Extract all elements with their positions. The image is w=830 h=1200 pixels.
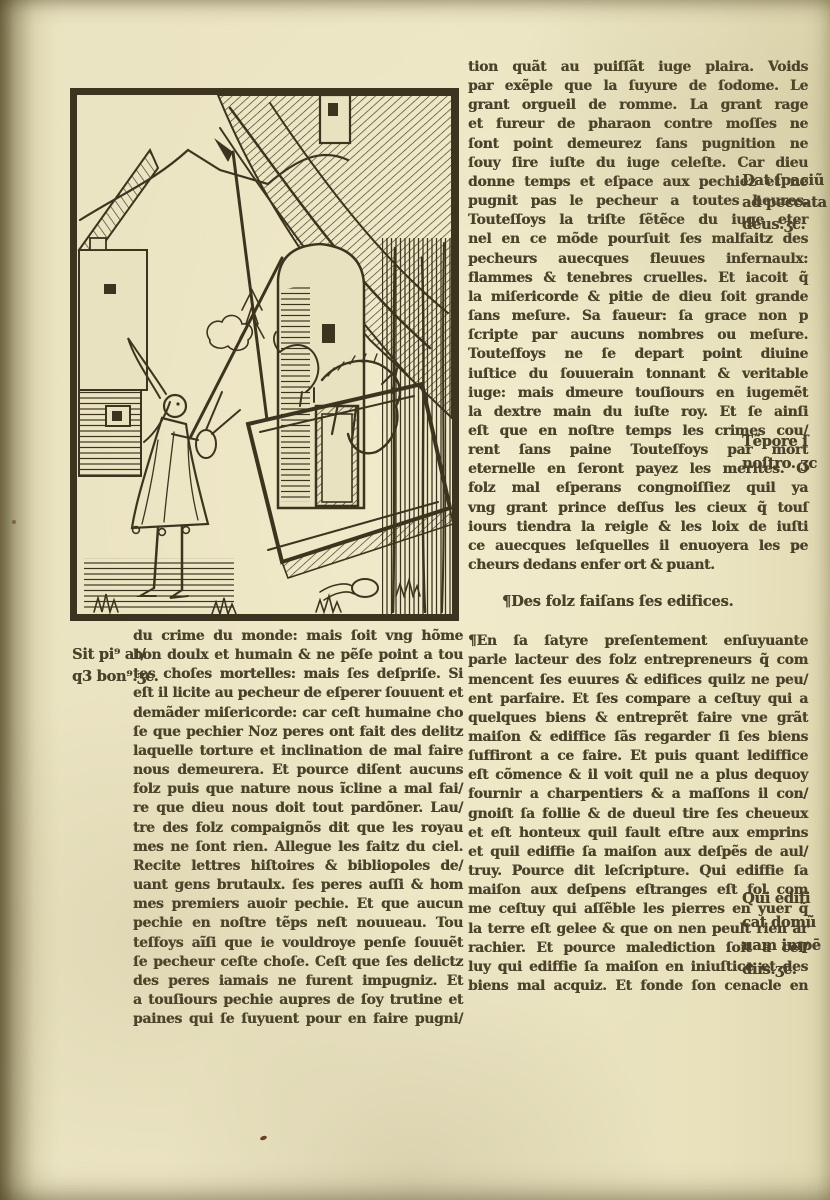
text-line: iuſtice du ſouuerain tonnant & veritable [468,365,808,384]
left-text-column: du crime du monde: mais ſoit vng hõmebon… [133,627,463,1029]
text-line: truy. Pource dit leſcripture. Qui ediffi… [468,862,808,881]
text-line: la dextre main du iuſte roy. Et ſe ainſi [468,403,808,422]
text-line: cheurs dedans enfer ort & puant. [468,556,808,575]
margin-note-line: Dat ſpaciũ [742,170,827,192]
text-line: fournir a charpentiers & a maſſons il co… [468,785,808,804]
text-line: iours tiendra la reigle & les loix de iu… [468,518,808,537]
text-line: iuge: mais dmeure touſiours en iugemẽt [468,384,808,403]
text-line: ¶En ſa ſatyre preſentement enſuyuante [468,632,808,651]
text-line: eſt il licite au pecheur de eſperer ſouu… [133,684,463,703]
text-line: Recite lettres hiſtoires & bibliopoles d… [133,857,463,876]
right-column-paragraph-1: tion quãt au puiſſãt iuge plaira. Voidsp… [468,58,808,575]
text-line: pecheurs auecques fleuues infernaulx: [468,250,808,269]
margin-note-line: q3 bon⁹.ʒc. [72,666,158,688]
book-page: tion quãt au puiſſãt iuge plaira. Voidsp… [0,0,830,1200]
margin-note-right-2: Tẽpore ſnoſtro. ʒc [742,431,817,475]
text-line: ſont point demeurez ſans pugnition ne [468,135,808,154]
text-line: vng grant prince deſſus les cieux q̃ tou… [468,499,808,518]
text-line: et fureur de pharaon contre moſſes ne [468,115,808,134]
margin-note-line: ad peccata [742,192,827,214]
margin-note-line: diis.ʒc. [742,958,821,982]
text-line: ſe pecheur ceſte choſe. Ceſt que ſes del… [133,953,463,972]
text-line: bon doulx et humain & ne pẽſe point a to… [133,646,463,665]
text-line: mes premiers auoir pechie. Et que aucun [133,895,463,914]
margin-note-line: Sit pi⁹ at/ [72,644,158,666]
text-line: demãder miſericorde: car ceſt humaine ch… [133,704,463,723]
text-line: et quil ediffie ſa maiſon aux deſpẽs de … [468,843,808,862]
text-line: teſfoys aĩſi que ie vouldroye penſe ſouu… [133,934,463,953]
text-line: ſe que pechier Noz peres ont fait des de… [133,723,463,742]
woodcut-illustration [70,88,459,621]
text-line: maiſon & ediffice ſãs regarder ſi ſes bi… [468,728,808,747]
margin-note-left: Sit pi⁹ at/q3 bon⁹.ʒc. [72,644,158,688]
text-line: grant orgueil de romme. La grant rage [468,96,808,115]
margin-note-line: Tẽpore ſ [742,431,817,453]
text-line: flammes & tenebres cruelles. Et iacoit q… [468,269,808,288]
text-line: des peres iamais ne furent impugniz. Et [133,972,463,991]
text-line: pechie en noſtre tẽps neſt nouueau. Tou [133,914,463,933]
margin-note-line: noſtro. ʒc [742,453,817,475]
text-line: du crime du monde: mais ſoit vng hõme [133,627,463,646]
margin-note-right-1: Dat ſpaciũad peccatadeus.ʒc. [742,170,827,236]
text-line: nous demeurera. Et pource diſent aucuns [133,761,463,780]
text-line: tes choſes mortelles: mais ſes deſpriſe.… [133,665,463,684]
margin-note-line: Qui edifi [742,887,821,911]
text-line: laquelle torture et inclination de mal f… [133,742,463,761]
text-line: paines qui ſe ſuyuent pour en faire pugn… [133,1010,463,1029]
margin-note-line: uam impē [742,934,821,958]
text-line: ce auecques leſquelles il enuoyera les p… [468,537,808,556]
text-line: uant gens brutaulx. ſes peres auſſi & ho… [133,876,463,895]
text-line: Touteſfoys ne ſe depart point diuine [468,345,808,364]
text-line: mes ne ſont rien. Allegue les faitz du c… [133,838,463,857]
text-line: eſt cõmence & il voit quil ne a plus deq… [468,766,808,785]
text-line: ſcripte par aucuns nombres ou meſure. [468,326,808,345]
text-line: tre des folz compaignõs dit que les roya… [133,819,463,838]
text-line: mencent ſes euures & edifices quilz ne p… [468,671,808,690]
text-line: re que dieu nous doit tout pardõner. Lau… [133,799,463,818]
text-line: et eſt honteux quil fault eſtre aux empr… [468,824,808,843]
text-line: la miſericorde & pitie de dieu ſoit gran… [468,288,808,307]
text-line: tion quãt au puiſſãt iuge plaira. Voids [468,58,808,77]
margin-note-line: deus.ʒc. [742,214,827,236]
margin-note-right-3: Qui edificat domũuam impēdiis.ʒc. [742,887,821,981]
text-line: folz puis que nature nous ĩcline a mal f… [133,780,463,799]
text-line: folz mal eſperans congnoiſſiez quil ya [468,479,808,498]
text-line: ent parfaire. Et ſes compare a ceſtuy qu… [468,690,808,709]
text-line: a touſiours pechie aupres de ſoy trutine… [133,991,463,1010]
text-line: ſans meſure. Sa faueur: ſa grace non p [468,307,808,326]
chapter-heading: ¶Des folz faiſans ſes edifices. [502,592,808,611]
text-line: par exẽple que la ſuyure de ſodome. Le [468,77,808,96]
text-line: ſuffiront a ce faire. Et puis quant ledi… [468,747,808,766]
text-line: parle lacteur des folz entrepreneurs q̃ … [468,651,808,670]
margin-note-line: cat domũ [742,911,821,935]
text-line: gnoiſt ſa follie & de dueul tire ſes che… [468,805,808,824]
page-stain [12,520,16,524]
text-line: quelques biens & entreprẽt faire vne grã… [468,709,808,728]
page-stain [260,1135,268,1141]
